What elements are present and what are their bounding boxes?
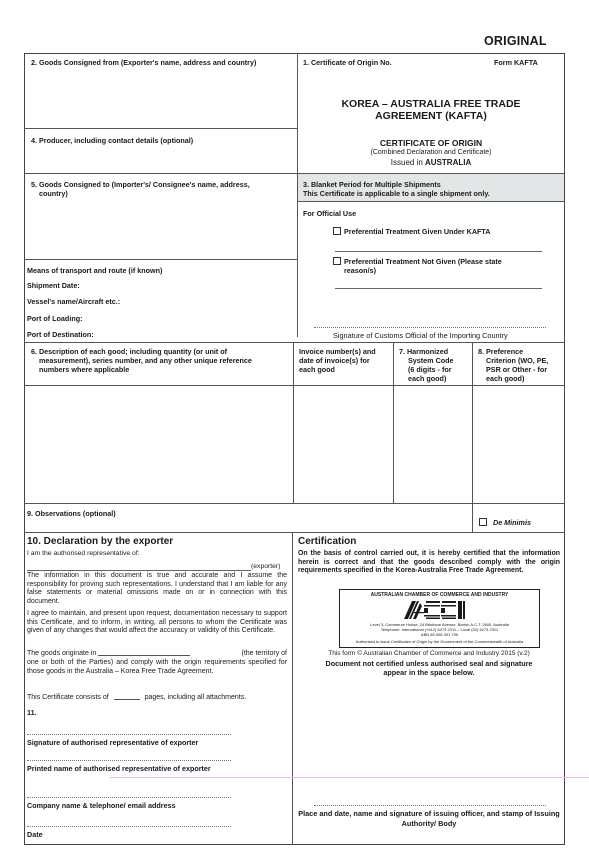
company-line[interactable] [27, 797, 231, 798]
consignee-field[interactable] [26, 200, 294, 257]
printed-name-line[interactable] [27, 760, 231, 761]
divider [24, 259, 297, 260]
customs-signature-line[interactable] [314, 327, 546, 328]
date-label: Date [27, 830, 43, 839]
option-preferential-given[interactable]: Preferential Treatment Given Under KAFTA [333, 227, 490, 236]
pages-suffix: pages, including all attachments. [145, 694, 247, 701]
issued-prefix: Issued in [391, 158, 425, 167]
origin-territory-field[interactable] [98, 655, 190, 656]
certification-text: On the basis of control carried out, it … [298, 550, 560, 576]
preference-criterion-field[interactable] [474, 387, 563, 501]
page-count-field[interactable] [114, 699, 140, 700]
divider [24, 128, 297, 129]
divider [293, 342, 294, 503]
de-minimis-checkbox[interactable] [479, 518, 487, 526]
certificate-subtitle: (Combined Declaration and Certificate) [298, 149, 564, 156]
box1-label: 1. Certificate of Origin No. [303, 58, 392, 67]
issued-in: Issued in AUSTRALIA [298, 158, 564, 167]
box11-label: 11. [27, 708, 37, 717]
col6-header-line2: measurement), series number, and any oth… [39, 356, 252, 365]
issuing-authority-signature-area[interactable] [294, 680, 563, 800]
option-not-given-line2: reason/s) [344, 266, 376, 275]
divider [292, 532, 293, 845]
invoice-field[interactable] [295, 387, 391, 501]
shipment-date: Shipment Date: [27, 281, 80, 290]
issuing-signature-caption: Place and date, name and signature of is… [293, 809, 565, 828]
reason-line [335, 251, 542, 252]
agreement-title-line2: AGREEMENT (KAFTA) [298, 110, 564, 122]
box5-label-line1: 5. Goods Consigned to (Importer's/ Consi… [31, 180, 250, 189]
divider [24, 503, 565, 504]
checkbox-not-given[interactable] [333, 257, 341, 265]
producer-field[interactable] [26, 146, 294, 171]
col7-header-line1: 7. Harmonized [399, 347, 448, 356]
invoice-header-line1: Invoice number(s) and [299, 347, 376, 356]
port-of-destination: Port of Destination: [27, 330, 94, 339]
certification-warning: Document not certified unless authorised… [315, 659, 543, 677]
declaration-para2: I agree to maintain, and present upon re… [27, 610, 287, 636]
port-of-loading: Port of Loading: [27, 314, 83, 323]
checkbox-given[interactable] [333, 227, 341, 235]
box9-label: 9. Observations (optional) [27, 509, 116, 518]
divider [24, 342, 565, 343]
issued-country: AUSTRALIA [425, 158, 471, 167]
declaration-rep-of: I am the authorised representative of: [27, 550, 140, 557]
box3-note: This Certificate is applicable to a sing… [303, 189, 490, 198]
de-minimis-option[interactable]: De Minimis [479, 518, 531, 527]
printed-name-label: Printed name of authorised representativ… [27, 764, 211, 773]
box5-label-line2: country) [39, 189, 68, 198]
divider [297, 201, 565, 202]
col6-header-line3: numbers where applicable [39, 365, 129, 374]
transport-means: Means of transport and route (if known) [27, 266, 162, 275]
origin-suffix: (the territory of [241, 650, 287, 659]
copy-type-label: ORIGINAL [484, 34, 547, 48]
agreement-title-line1: KOREA – AUSTRALIA FREE TRADE [298, 98, 564, 110]
observations-field[interactable] [26, 519, 470, 531]
vessel-name: Vessel's name/Aircraft etc.: [27, 297, 120, 306]
declaration-para1: The information in this document is true… [27, 572, 287, 606]
divider [24, 532, 565, 533]
reason-line [335, 288, 542, 289]
customs-signature-caption: Signature of Customs Official of the Imp… [333, 331, 508, 340]
signature-label: Signature of authorised representative o… [27, 738, 198, 747]
date-line[interactable] [27, 826, 231, 827]
option-not-given-text: Preferential Treatment Not Given (Please… [344, 257, 502, 266]
certificate-number-field[interactable] [420, 66, 560, 88]
pages-prefix: This Certificate consists of [27, 694, 109, 701]
copyright-notice: This form © Australian Chamber of Commer… [293, 650, 565, 657]
invoice-header-line2: date of invoice(s) for [299, 356, 370, 365]
exporter-suffix: (exporter) [251, 563, 280, 570]
acci-authorised: Authorised to issue Certificates of Orig… [340, 639, 539, 644]
scan-artifact-line [110, 777, 589, 778]
official-use-label: For Official Use [303, 209, 356, 218]
option-given-text: Preferential Treatment Given Under KAFTA [344, 227, 490, 236]
certification-title: Certification [298, 536, 356, 547]
exporter-name-line[interactable] [27, 570, 251, 571]
certificate-title: CERTIFICATE OF ORIGIN [298, 138, 564, 148]
col7-header-line4: each good) [408, 374, 446, 383]
col8-header-line4: each good) [486, 374, 524, 383]
col8-header-line2: Criterion (WO, PE, [486, 356, 548, 365]
pages-line: This Certificate consists of pages, incl… [27, 694, 246, 701]
box3-label: 3. Blanket Period for Multiple Shipments [303, 180, 441, 189]
col7-header-line2: System Code [408, 356, 454, 365]
issuing-signature-line[interactable] [314, 805, 546, 806]
declaration-para3: one or both of the Parties) and comply w… [27, 659, 287, 676]
col8-header-line3: PSR or Other - for [486, 365, 547, 374]
signature-line[interactable] [27, 734, 231, 735]
divider [24, 385, 565, 386]
hs-code-field[interactable] [395, 387, 470, 501]
col8-header-line1: 8. Preference [478, 347, 523, 356]
option-preferential-not-given[interactable]: Preferential Treatment Not Given (Please… [333, 257, 502, 266]
origin-prefix: The goods originate in [27, 650, 96, 657]
exporter-field[interactable] [26, 68, 294, 126]
box4-label: 4. Producer, including contact details (… [31, 136, 193, 145]
box2-label: 2. Goods Consigned from (Exporter's name… [31, 58, 256, 67]
col6-header-line1: 6. Description of each good; including q… [31, 347, 227, 356]
invoice-header-line3: each good [299, 365, 335, 374]
col7-header-line3: (6 digits - for [408, 365, 452, 374]
acci-heading: AUSTRALIAN CHAMBER OF COMMERCE AND INDUS… [340, 593, 539, 598]
de-minimis-text: De Minimis [493, 518, 531, 527]
acci-logo-icon [404, 601, 470, 619]
company-label: Company name & telephone/ email address [27, 801, 176, 810]
origin-line: The goods originate in (the territory of [27, 650, 287, 659]
acci-abn: ABN 85 008 391 795 [340, 632, 539, 637]
acci-stamp-box: AUSTRALIAN CHAMBER OF COMMERCE AND INDUS… [339, 589, 540, 648]
goods-description-field[interactable] [26, 387, 291, 501]
divider [393, 342, 394, 503]
declaration-title: 10. Declaration by the exporter [27, 536, 173, 547]
